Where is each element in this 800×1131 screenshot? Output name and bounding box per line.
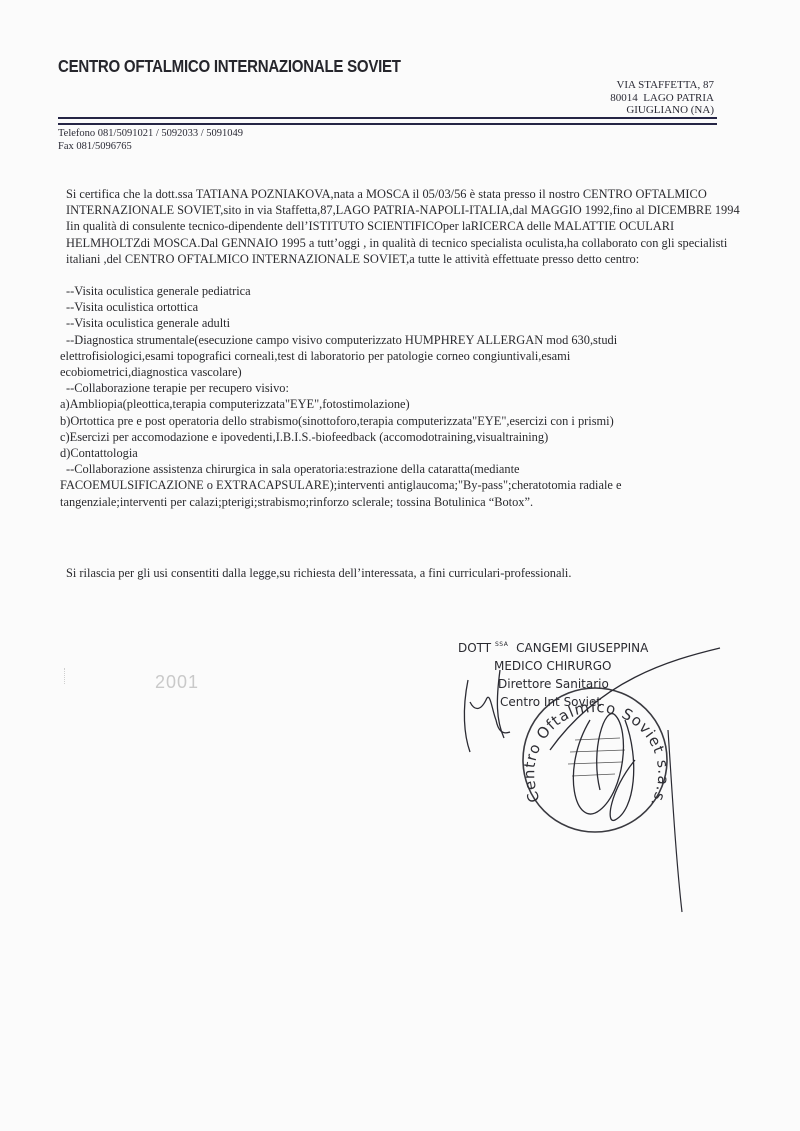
signatory-role: MEDICO CHIRURGO — [458, 657, 648, 675]
faint-mark — [64, 668, 68, 684]
certificate-body: Si certifica che la dott.ssa TATIANA POZ… — [60, 186, 750, 510]
list-item: ecobiometrici,diagnostica vascolare) — [60, 364, 750, 380]
header-divider — [58, 123, 717, 125]
list-item: d)Contattologia — [60, 445, 750, 461]
list-item: --Diagnostica strumentale(esecuzione cam… — [60, 332, 750, 348]
list-item: --Visita oculistica generale adulti — [60, 315, 750, 331]
list-item: tangenziale;interventi per calazi;pterig… — [60, 494, 750, 510]
activities-list: --Visita oculistica generale pediatrica … — [60, 283, 750, 510]
phone-numbers: Telefono 081/5091021 / 5092033 / 5091049 — [58, 127, 243, 140]
list-item: elettrofisiologici,esami topografici cor… — [60, 348, 750, 364]
letterhead-title: CENTRO OFTALMICO INTERNAZIONALE SOVIET — [58, 56, 401, 77]
address-line: 80014 LAGO PATRIA — [610, 92, 714, 105]
signatory-prefix: DOTT — [458, 641, 491, 655]
list-item: b)Ortottica pre e post operatoria dello … — [60, 413, 750, 429]
signatory-organization: Centro Int Soviet — [458, 693, 648, 711]
list-item: FACOEMULSIFICAZIONE o EXTRACAPSULARE);in… — [60, 477, 750, 493]
closing-statement: Si rilascia per gli usi consentiti dalla… — [66, 566, 571, 581]
signatory-name: CANGEMI GIUSEPPINA — [516, 641, 648, 655]
list-item: --Visita oculistica generale pediatrica — [60, 283, 750, 299]
signature-block: DOTT SSA CANGEMI GIUSEPPINA MEDICO CHIRU… — [458, 636, 648, 711]
signatory-prefix-superscript: SSA — [495, 641, 508, 648]
fax-number: Fax 081/5096765 — [58, 140, 243, 153]
header-divider — [58, 117, 717, 119]
intro-paragraph: Si certifica che la dott.ssa TATIANA POZ… — [60, 186, 750, 267]
faint-date-stamp: 2001 — [155, 672, 199, 693]
list-item: --Collaborazione assistenza chirurgica i… — [60, 461, 750, 477]
address-line: GIUGLIANO (NA) — [610, 104, 714, 117]
signatory-title: Direttore Sanitario — [458, 675, 648, 693]
address-line: VIA STAFFETTA, 87 — [610, 79, 714, 92]
list-item: a)Ambliopia(pleottica,terapia computeriz… — [60, 396, 750, 412]
contact-info: Telefono 081/5091021 / 5092033 / 5091049… — [58, 127, 243, 153]
letterhead-address: VIA STAFFETTA, 87 80014 LAGO PATRIA GIUG… — [610, 79, 714, 117]
signatory-name-line: DOTT SSA CANGEMI GIUSEPPINA — [458, 636, 648, 657]
list-item: c)Esercizi per accomodazione e ipovedent… — [60, 429, 750, 445]
list-item: --Visita oculistica ortottica — [60, 299, 750, 315]
list-item: --Collaborazione terapie per recupero vi… — [60, 380, 750, 396]
